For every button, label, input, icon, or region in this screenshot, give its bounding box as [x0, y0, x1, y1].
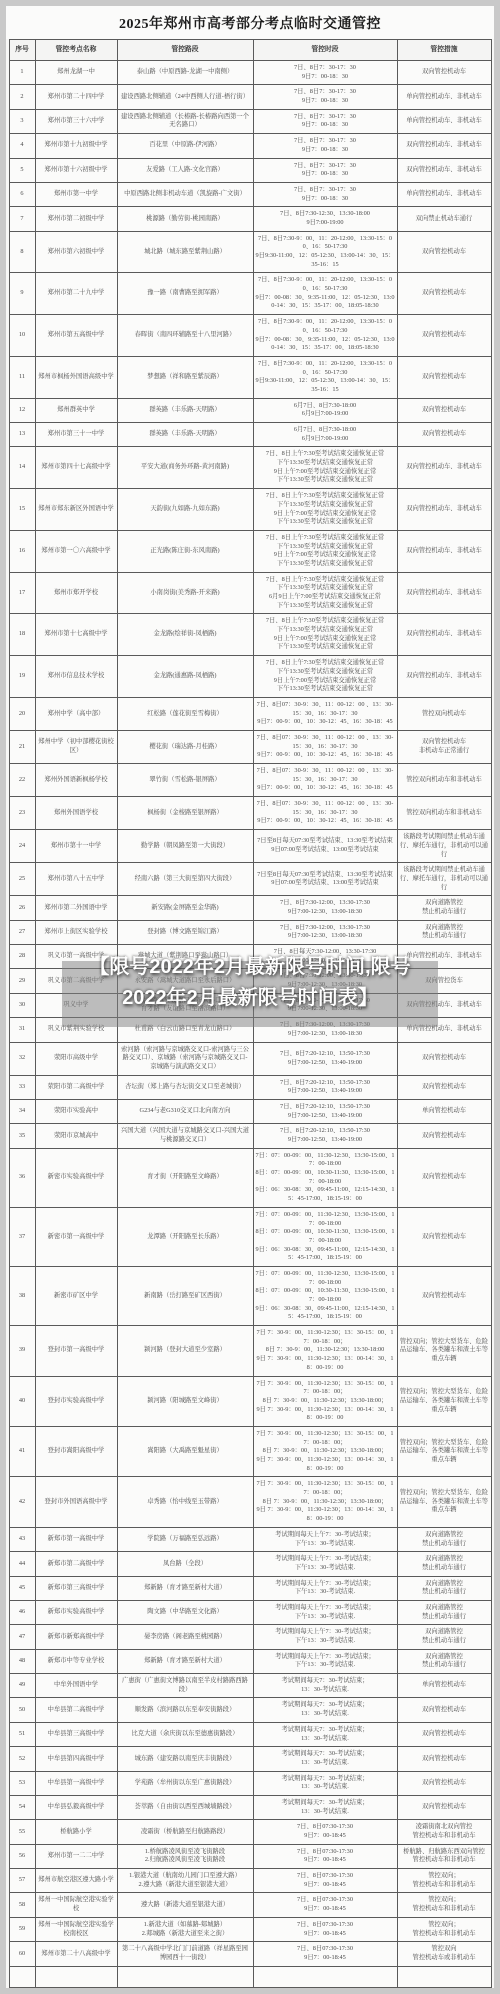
cell-road: 新南路（岳打路至矿区西街） [117, 1266, 253, 1325]
cell-measure: 管控双向； 管控机动车和非机动车 [397, 1869, 491, 1893]
cell-school: 郑州市郑开学校 [35, 572, 117, 614]
cell-index: 47 [9, 1625, 35, 1649]
table-row: 6郑州市第一中学中原西路北侧非机动车道（凯旋路-广文街）7日、8日7：30-17… [9, 182, 491, 206]
cell-time: 考试期间每天上午7：30-考试结束； 下午13：30-考试结束. [253, 1600, 397, 1624]
cell-time: 7日、8日07:30-17:30 9日7：00-18:45 [253, 1917, 397, 1941]
cell-school: 新密市实验高级中学 [35, 1148, 117, 1207]
cell-time: 考试期间每天7：30-考试结束； 13：30-考试结束. [253, 1722, 397, 1746]
cell-road: G234与老G310交叉口北向南方向 [117, 1099, 253, 1123]
table-row: 22郑州外国语新枫杨学校翠竹街（雪松路-银屏路）7日、8日07：30-9：30、… [9, 764, 491, 797]
cell-school: 郑州市信息技术学校 [35, 656, 117, 698]
cell-time: 考试期间每天7：30-考试结束； 13：30-考试结束. [253, 1674, 397, 1698]
cell-time: 7日、8日7：30-17：30 9日7：00-18：30 [253, 109, 397, 133]
cell-school: 郑州市第一中学 [35, 182, 117, 206]
cell-school: 荥阳市京城高中 [35, 1124, 117, 1148]
cell-time: 考试期间每天7：30-考试结束； 13：30-考试结束. [253, 1771, 397, 1795]
cell-measure: 双向管控机动车、非机动车 [397, 572, 491, 614]
cell-measure: 单向管控机动车、非机动车 [397, 109, 491, 133]
cell-school: 郑州市第四十七高级中学 [35, 447, 117, 489]
table-row: 16郑州市第一〇六高级中学正光路(陈庄街-东风南路)7日、8日上午7:30至考试… [9, 530, 491, 572]
cell-road: 小南岗街(美秀路-开来路) [117, 572, 253, 614]
cell-index: 60 [9, 1942, 35, 1966]
table-row: 4郑州市第十九初级中学百花里（中原路-伊河路）7日、8日7：30-17：30 9… [9, 134, 491, 158]
cell-time: 7日、8日7:20-12:10、13:50-17:30 9日7:00-12:50… [253, 1124, 397, 1148]
table-row: 17郑州市郑开学校小南岗街(美秀路-开来路)7日、8日上午7:30至考试结束交通… [9, 572, 491, 614]
cell-road: 晏李房路（阁老路至桃园路） [117, 1625, 253, 1649]
cell-school: 新密市矿区中学 [35, 1266, 117, 1325]
table-row: 36新密市实验高级中学育才街（开阳路至文峰路）7日：07：00-09：00、11… [9, 1148, 491, 1207]
table-row: 33荥阳市第二高级中学杏坛街（郑上路与杏坛街交叉口至老城街）7日、8日7:20-… [9, 1075, 491, 1099]
cell-school: 郑州市第一〇六高级中学 [35, 530, 117, 572]
cell-road: 郑新路（育才路至新村大道） [117, 1649, 253, 1673]
cell-road: 广惠街（广惠街文博路以南至半皮村路路西路段） [117, 1674, 253, 1698]
table-row: 2郑州市第二十四中学建设西路北侧辅道（24中西侧人行道-梧行街）7日、8日7：3… [9, 85, 491, 109]
cell-road: 翠竹街（雪松路-银屏路） [117, 764, 253, 797]
cell-index: 26 [9, 896, 35, 920]
table-row: 50中牟县第二高级中学顺发路（滨河路以东至奉安街路段）考试期间每天7：30-考试… [9, 1698, 491, 1722]
cell-index: 13 [9, 423, 35, 447]
table-header-row: 序号 管控考点名称 管控路段 管控时段 管控措施 [9, 40, 491, 61]
cell-measure: 双向道路管控 禁止机动车通行 [397, 1576, 491, 1600]
cell-index: 52 [9, 1747, 35, 1771]
table-row: 21郑州中学（初中部樱花街校区）樱花街（瑞达路-月桂路）7日、8日07：30-9… [9, 730, 491, 763]
cell-index: 9 [9, 273, 35, 315]
cell-time: 7日、8日7:30-12:30、13:30-18:00 9日7:00-19:00 [253, 207, 397, 231]
cell-school: 郑州中学（初中部樱花街校区） [35, 730, 117, 763]
cell-time: 7日、8日7:30-12:00、13:30-17:30 9日7:00-12:30… [253, 896, 397, 920]
cell-time: 7日、8日7：30-17：30 9日7：00-18：30 [253, 61, 397, 85]
cell-measure: 双向管控机动车 [397, 1771, 491, 1795]
cell-measure: 单向管控机动车 [397, 1099, 491, 1123]
table-row: 20郑州中学（高中部）红松路（莲花街至雪梅街）7日、8日07：30-9：30、1… [9, 697, 491, 730]
cell-index: 45 [9, 1576, 35, 1600]
cell-measure: 双向管控机动车 [397, 356, 491, 398]
cell-index: 56 [9, 1844, 35, 1868]
table-row: 53中牟县第一高级中学学苑路（牟州街以东至广惠街路段）考试期间每天7：30-考试… [9, 1771, 491, 1795]
cell-measure: 双向管控机动车 [397, 423, 491, 447]
cell-time: 7日、8日上午7:30至考试结束交通恢复正常 下午13:30至考试结束交通恢复正… [253, 572, 397, 614]
cell-school: 郑州市第十一中学 [35, 830, 117, 863]
cell-school: 郑州市第十六初级中学 [35, 158, 117, 182]
cell-index: 55 [9, 1820, 35, 1844]
cell-measure: 凌霜街南北双向管控 管控机动车和非机动车 [397, 1820, 491, 1844]
cell-road: 泰山路（中原西路-龙湖一中南侧） [117, 61, 253, 85]
cell-index: 33 [9, 1075, 35, 1099]
cell-measure: 双向管控机动车 [397, 1266, 491, 1325]
cell-road: 建设西路北侧辅道（长椿路-长椿路向西第一个无名路口） [117, 109, 253, 133]
cell-index: 14 [9, 447, 35, 489]
cell-road: 枫杨街（金梭路至银屏路） [117, 797, 253, 830]
cell-school: 荥阳市高级中学 [35, 1042, 117, 1075]
column-header-school: 管控考点名称 [35, 40, 117, 61]
cell-index: 53 [9, 1771, 35, 1795]
table-row: 40登封市实验高级中学颍河路（阳城路至文峰街）7日 7：30-9：00、11:3… [9, 1376, 491, 1426]
table-row: 12郑州群英中学群英路（丰乐路-天明路）6月7日、8日7:30-18:00 6月… [9, 398, 491, 422]
cell-road: 平安大道(商务外环路-黄河南路) [117, 447, 253, 489]
cell-index: 11 [9, 356, 35, 398]
cell-school: 新郑市第三高级中学 [35, 1576, 117, 1600]
cell-measure: 双向管控机动车、非机动车 [397, 656, 491, 698]
cell-index: 8 [9, 231, 35, 273]
cell-school: 中牟县第一高级中学 [35, 1771, 117, 1795]
cell-road: 学院路（万福路至弘远路） [117, 1527, 253, 1551]
cell-school: 中牟县弘毅高级中学 [35, 1795, 117, 1819]
cell-measure: 双向道路管控 禁止机动车通行 [397, 920, 491, 944]
cell-time: 考试期间每天7：30-考试结束； 13：30-考试结束. [253, 1747, 397, 1771]
column-header-road: 管控路段 [117, 40, 253, 61]
cell-index: 43 [9, 1527, 35, 1551]
table-row: 54中牟县弘毅高级中学荟萃路（自由街以西至西城墙路段）考试期间每天7：30-考试… [9, 1795, 491, 1819]
table-row: 7郑州市第二初级中学桃源路（勤劳街-桃园南路）7日、8日7:30-12:30、1… [9, 207, 491, 231]
cell-measure: 双向管控机动车、非机动车 [397, 489, 491, 531]
cell-time: 6月7日、8日7:30-18:00 6月9日7:00-19:00 [253, 423, 397, 447]
table-row: 3郑州市第三十六中学建设西路北侧辅道（长椿路-长椿路向西第一个无名路口）7日、8… [9, 109, 491, 133]
cell-measure: 双向管控机动车、非机动车 [397, 134, 491, 158]
cell-time: 7日 7：30-9：00、11:30-12:30；13：30-15：00、17：… [253, 1326, 397, 1376]
cell-road: 郑新路（育才路至新村大道） [117, 1576, 253, 1600]
cell-measure: 双向管控机动车 [397, 1698, 491, 1722]
table-row: 11郑州市枫杨外国语高级中学梦想路（祥和路至紫辰路）7日、8日7:30-9：00… [9, 356, 491, 398]
cell-road: 陶文路（中华路至文化路） [117, 1600, 253, 1624]
table-row: 42登封市外国语高级中学卓秀路（怡中线至玉带路）7日 7：30-9：00、11:… [9, 1477, 491, 1527]
cell-road: 经南六路（第三大街至第四大街段） [117, 863, 253, 896]
cell-measure: 双向管控机动车、非机动车 [397, 530, 491, 572]
table-row: 37新密市第一高级中学龙潭路（开阳路至长乐路）7日：07：00-09：00、11… [9, 1207, 491, 1266]
cell-time: 考试期间每天7：30-考试结束； 13：30-考试结束. [253, 1698, 397, 1722]
cell-time: 7日、8日7:20-12:10、13:50-17:30 9日7:00-12:50… [253, 1075, 397, 1099]
cell-road: 桃源路（勤劳街-桃园南路） [117, 207, 253, 231]
cell-time: 考试期间每天上午7：30-考试结束； 下午13：30-考试结束. [253, 1552, 397, 1576]
table-row: 1郑州龙湖一中泰山路（中原西路-龙湖一中南侧）7日、8日7：30-17：30 9… [9, 61, 491, 85]
cell-road: 城北路（城东路至紫荆山路） [117, 231, 253, 273]
table-row: 45新郑市第三高级中学郑新路（育才路至新村大道）考试期间每天上午7：30-考试结… [9, 1576, 491, 1600]
column-header-index: 序号 [9, 40, 35, 61]
cell-time: 7日、8日7：30-17：30 9日7：00-18：30 [253, 182, 397, 206]
cell-road: 百花里（中原路-伊河路） [117, 134, 253, 158]
cell-measure: 双向管控机动车、非机动车 [397, 158, 491, 182]
cell-time: 7日 7：30-9：00、11:30-12:30；13：30-15：00、17：… [253, 1376, 397, 1426]
cell-index: 25 [9, 863, 35, 896]
cell-measure: 管控双向机动车和非机动车 [397, 764, 491, 797]
cell-time: 7日至8日每天07:30至考试结束、13:30至考试结束 9日07:00至考试结… [253, 863, 397, 896]
cell-road: 索河路（索河路与京城路交叉口-索河路与三公路交叉口）、京城路（索河路与京城路交叉… [117, 1042, 253, 1075]
cell-road: 金龙路(通惠路-凤栖路) [117, 656, 253, 698]
cell-index: 39 [9, 1326, 35, 1376]
table-row: 9郑州市第二十九中学豫一路（南曹路至拥军路）7日、8日7:30-9：00、11：… [9, 273, 491, 315]
cell-measure: 双向管控机动车 [397, 1148, 491, 1207]
cell-road: 第二十八高级中学北门门前道路（祥星路至园博园西十一街段） [117, 1942, 253, 1966]
table-row: 57郑州市航空港区遵大路小学1.银港大道（航南幼儿园门口至遵大路） 2.遵大路（… [9, 1869, 491, 1893]
table-row: 24郑州市第十一中学勤学路（朝凤路至第一大街段）7日至8日每天07:30至考试结… [9, 830, 491, 863]
cell-measure: 双向管控机动车、非机动车 [397, 614, 491, 656]
cell-measure: 管控双向；管控大型货车、危险品运输车、各类罐车和渣土车等重点车辆 [397, 1326, 491, 1376]
cell-school: 郑州市第二十九中学 [35, 273, 117, 315]
cell-time: 7日、8日7:30-9：00、11：20-12:00、13:30-15：00、1… [253, 273, 397, 315]
cell-measure: 双向管控机动车 [397, 1207, 491, 1266]
cell-time: 7日、8日7:20-12:10、13:50-17:30 9日7:00-12:50… [253, 1042, 397, 1075]
cell-index: 7 [9, 207, 35, 231]
cell-school: 郑州市第十七高级中学 [35, 614, 117, 656]
cell-index: 12 [9, 398, 35, 422]
cell-time: 7日、8日7:20-12:10、13:50-17:30 9日7:00-12:50… [253, 1099, 397, 1123]
cell-road: 城东路（建安路以南至庆丰街路段） [117, 1747, 253, 1771]
cell-road: 中原西路北侧非机动车道（凯旋路-广文街） [117, 182, 253, 206]
cell-school: 新密市第一高级中学 [35, 1207, 117, 1266]
cell-school: 中牟县第四高级中学 [35, 1747, 117, 1771]
cell-road: 登封路（博文路至锦江路） [117, 920, 253, 944]
cell-school: 中牟县第三高级中学 [35, 1722, 117, 1746]
cell-index: 4 [9, 134, 35, 158]
cell-road: 群英路（丰乐路-天明路） [117, 398, 253, 422]
cell-road: 新安路(金屏路至金华路) [117, 896, 253, 920]
cell-time: 7日、8日07:30-17:30 9日7：00-18:45 [253, 1844, 397, 1868]
cell-time: 7日、8日7：30-17：30 9日7：00-18：30 [253, 158, 397, 182]
cell-index: 38 [9, 1266, 35, 1325]
cell-index: 24 [9, 830, 35, 863]
cell-time: 7日、8日7:30-9：00、11：20-12:00、13:30-15：00、1… [253, 231, 397, 273]
cell-index: 23 [9, 797, 35, 830]
cell-time: 7日、8日07:30-17:30 9日7：00-18:45 [253, 1869, 397, 1893]
cell-school: 新郑市第一高级中学 [35, 1527, 117, 1551]
cell-school: 郑州市第二外国语中学 [35, 896, 117, 920]
cell-measure: 双向管控机动车 [397, 315, 491, 357]
table-row: 34荥阳市实验高中G234与老G310交叉口北向南方向7日、8日7:20-12:… [9, 1099, 491, 1123]
cell-school: 荥阳市第二高级中学 [35, 1075, 117, 1099]
cell-time: 7日 7：30-9：00、11:30-12:30；13：30-15：00、17：… [253, 1477, 397, 1527]
cell-measure: 双向道路管控 禁止机动车通行 [397, 1552, 491, 1576]
table-row: 5郑州市第十六初级中学友爱路（工人路-文化宫路）7日、8日7：30-17：30 … [9, 158, 491, 182]
table-row: 18郑州市第十七高级中学金龙路(绘祥街-凤栖路)7日、8日上午7:30至考试结束… [9, 614, 491, 656]
cell-index: 18 [9, 614, 35, 656]
cell-time: 7日、8日07：30-9：30、11：00-12：00 、13：30-15：30… [253, 730, 397, 763]
cell-measure: 双向管控机动车 [397, 273, 491, 315]
table-row: 44新郑市第二高级中学凤台路（全段）考试期间每天上午7：30-考试结束； 下午1… [9, 1552, 491, 1576]
cell-index: 22 [9, 764, 35, 797]
partial-row [9, 1966, 491, 1987]
cell-school: 新郑市中等专业学校 [35, 1649, 117, 1673]
cell-road: 樱花街（瑞达路-月桂路） [117, 730, 253, 763]
cell-school: 郑州一中国际航空港实验学校 [35, 1893, 117, 1917]
cell-road: 杏坛街（郑上路与杏坛街交叉口至老城街） [117, 1075, 253, 1099]
cell-measure: 双向管控机动车 [397, 1075, 491, 1099]
table-row: 49中牟外国语中学广惠街（广惠街文博路以南至半皮村路路西路段）考试期间每天7：3… [9, 1674, 491, 1698]
cell-time: 7日、8日07：30-9：30、11：00-12：00 、13：30-15：30… [253, 697, 397, 730]
partial-cell [35, 1966, 117, 1987]
cell-index: 46 [9, 1600, 35, 1624]
cell-measure: 该路段考试期间禁止机动车通行、摩托车通行，非机动可以通行 [397, 863, 491, 896]
table-row: 25郑州市第八十五中学经南六路（第三大街至第四大街段）7日至8日每天07:30至… [9, 863, 491, 896]
page-title: 2025年郑州市高考部分考点临时交通管控 [6, 6, 494, 39]
cell-index: 42 [9, 1477, 35, 1527]
cell-index: 31 [9, 1018, 35, 1042]
cell-index: 58 [9, 1893, 35, 1917]
cell-time: 7日、8日7：30-17：30 9日7：00-18：30 [253, 85, 397, 109]
cell-road: 荟萃路（自由街以西至西城墙路段） [117, 1795, 253, 1819]
cell-measure: 双向管控机动车、非机动车 [397, 447, 491, 489]
cell-road: 顺发路（滨河路以东至奉安街路段） [117, 1698, 253, 1722]
cell-road: 颍河路（登封大道至少室路） [117, 1326, 253, 1376]
cell-measure: 双向管控机动车 [397, 398, 491, 422]
cell-index: 51 [9, 1722, 35, 1746]
table-row: 38新密市矿区中学新南路（岳打路至矿区西街）7日：07：00-09：00、11:… [9, 1266, 491, 1325]
cell-measure: 管控双向；管控大型货车、危险品运输车、各类罐车和渣土车等重点车辆 [397, 1376, 491, 1426]
cell-measure: 管控双向； 管控机动车和非机动车 [397, 1893, 491, 1917]
cell-road: 1.银港大道（航南幼儿园门口至遵大路） 2.遵大路（新港大道至银港大道） [117, 1869, 253, 1893]
table-row: 48新郑市中等专业学校郑新路（育才路至新村大道）考试期间每天上午7：30-考试结… [9, 1649, 491, 1673]
cell-road: 遵大路（新港大道至银港大道） [117, 1893, 253, 1917]
cell-school: 新郑市第二高级中学 [35, 1552, 117, 1576]
cell-school: 中牟县第二高级中学 [35, 1698, 117, 1722]
cell-road: 金龙路(绘祥街-凤栖路) [117, 614, 253, 656]
cell-school: 登封市嵩阳高级中学 [35, 1426, 117, 1476]
cell-time: 7日、8日上午7:30至考试结束交通恢复正常 下午13:30至考试结束交通恢复正… [253, 614, 397, 656]
cell-time: 7日、8日07:30-17:30 9日7：00-18:45 [253, 1820, 397, 1844]
cell-measure: 桥航路、归航路东西双向管控 管控机动车和非机动车 [397, 1844, 491, 1868]
cell-school: 登封市实验高级中学 [35, 1376, 117, 1426]
cell-school: 中牟外国语中学 [35, 1674, 117, 1698]
cell-index: 2 [9, 85, 35, 109]
table-row: 46新郑市实验高级中学陶文路（中华路至文化路）考试期间每天上午7：30-考试结束… [9, 1600, 491, 1624]
cell-index: 44 [9, 1552, 35, 1576]
cell-measure: 双向管控机动车 [397, 1124, 491, 1148]
partial-cell [253, 1966, 397, 1987]
cell-time: 7日、8日上午7:30至考试结束交通恢复正常 下午13:30至考试结束交通恢复正… [253, 656, 397, 698]
cell-measure: 该路段考试期间禁止机动车通行、摩托车通行，非机动可以通行 [397, 830, 491, 863]
cell-school: 郑州市第六初级中学 [35, 231, 117, 273]
cell-road: 豫一路（南曹路至拥军路） [117, 273, 253, 315]
cell-road: 群英路（丰乐路-天明路） [117, 423, 253, 447]
cell-school: 郑州市枫杨外国语高级中学 [35, 356, 117, 398]
partial-cell [117, 1966, 253, 1987]
cell-index: 1 [9, 61, 35, 85]
cell-measure: 双向管控机动车 [397, 1747, 491, 1771]
cell-road: 颍河路（阳城路至文峰街） [117, 1376, 253, 1426]
cell-school: 新郑市新郑高级中学 [35, 1625, 117, 1649]
table-row: 51中牟县第三高级中学比克大道（余庆街以东至德惠街路段）考试期间每天7：30-考… [9, 1722, 491, 1746]
cell-time: 考试期间每天7：30-考试结束； 13：30-考试结束. [253, 1795, 397, 1819]
cell-measure: 双向管控机动车 [397, 1795, 491, 1819]
cell-time: 6月7日、8日7:30-18:00 6月9日7:00-19:00 [253, 398, 397, 422]
cell-road: 勤学路（朝凤路至第一大街段） [117, 830, 253, 863]
cell-measure: 管控双向； 管控机动车和非机动车 [397, 1917, 491, 1941]
cell-index: 48 [9, 1649, 35, 1673]
cell-measure: 管控双向机动车 [397, 697, 491, 730]
cell-school: 荥阳市实验高中 [35, 1099, 117, 1123]
table-row: 56郑州市第一二二中学1.桥航路凌风街至凌飞街路段 2.归航路凌风街至凌飞街路段… [9, 1844, 491, 1868]
cell-school: 郑州市上街区实验学校 [35, 920, 117, 944]
cell-time: 7日、8日7:30-9：00、11：20-12:00、13:30-15：00、1… [253, 356, 397, 398]
table-row: 26郑州市第二外国语中学新安路(金屏路至金华路)7日、8日7:30-12:00、… [9, 896, 491, 920]
cell-school: 郑州市第一二二中学 [35, 1844, 117, 1868]
cell-time: 考试期间每天上午7：30-考试结束； 下午13：30-考试结束. [253, 1527, 397, 1551]
cell-road: 学苑路（牟州街以东至广惠街路段） [117, 1771, 253, 1795]
cell-road: 春晖街（南四环辅路至十八里河路） [117, 315, 253, 357]
cell-road: 红松路（莲花街至雪梅街） [117, 697, 253, 730]
cell-road: 嵩阳路（大禹路至魁星街） [117, 1426, 253, 1476]
cell-measure: 单向管控机动车、非机动车 [397, 182, 491, 206]
cell-school: 郑州市第三十一中学 [35, 423, 117, 447]
cell-road: 天韵街(九如路-九如东路) [117, 489, 253, 531]
cell-time: 考试期间每天上午7：30-考试结束； 下午13：30-考试结束. [253, 1576, 397, 1600]
cell-index: 16 [9, 530, 35, 572]
column-header-time: 管控时段 [253, 40, 397, 61]
cell-measure: 双向禁止机动车通行 [397, 207, 491, 231]
cell-school: 郑州市郑东新区外国语中学 [35, 489, 117, 531]
cell-school: 郑州市第十九初级中学 [35, 134, 117, 158]
cell-measure: 双向管控机动车 [397, 61, 491, 85]
cell-index: 40 [9, 1376, 35, 1426]
table-row: 58郑州一中国际航空港实验学校遵大路（新港大道至银港大道）7日、8日07:30-… [9, 1893, 491, 1917]
cell-school: 郑州群英中学 [35, 398, 117, 422]
cell-road: 龙潭路（开阳路至长乐路） [117, 1207, 253, 1266]
table-row: 39登封市第一高级中学颍河路（登封大道至少室路）7日 7：30-9：00、11:… [9, 1326, 491, 1376]
table-row: 59郑州一中国际航空港实验学校南校区1.新港大道（如慕路-郏城路） 2.郏城路（… [9, 1917, 491, 1941]
cell-index: 37 [9, 1207, 35, 1266]
cell-time: 7日、8日07：30-9：30、11：00-12：00 、13：30-15：30… [253, 797, 397, 830]
cell-road: 建设西路北侧辅道（24中西侧人行道-梧行街） [117, 85, 253, 109]
cell-time: 考试期间每天上午7：30-考试结束； 下午13：30-考试结束. [253, 1625, 397, 1649]
cell-school: 登封市外国语高级中学 [35, 1477, 117, 1527]
table-row: 35荥阳市京城高中兴国大道（兴国大道与京城路交叉口-兴国大道与桃源路交叉口）7日… [9, 1124, 491, 1148]
table-row: 32荥阳市高级中学索河路（索河路与京城路交叉口-索河路与三公路交叉口）、京城路（… [9, 1042, 491, 1075]
cell-road: 凌霜街（桥航路至归航路路段） [117, 1820, 253, 1844]
cell-school: 郑州外国语新枫杨学校 [35, 764, 117, 797]
cell-time: 考试期间每天上午7：30-考试结束； 下午13：30-考试结束. [253, 1649, 397, 1673]
column-header-measure: 管控措施 [397, 40, 491, 61]
cell-index: 6 [9, 182, 35, 206]
cell-index: 15 [9, 489, 35, 531]
cell-index: 34 [9, 1099, 35, 1123]
table-row: 14郑州市第四十七高级中学平安大道(商务外环路-黄河南路)7日、8日上午7:30… [9, 447, 491, 489]
cell-measure: 管控双向；管控大型货车、危险品运输车、各类罐车和渣土车等重点车辆 [397, 1477, 491, 1527]
cell-school: 郑州市第三十六中学 [35, 109, 117, 133]
cell-road: 正光路(陈庄街-东风南路) [117, 530, 253, 572]
cell-school: 郑州龙湖一中 [35, 61, 117, 85]
table-row: 52中牟县第四高级中学城东路（建安路以南至庆丰街路段）考试期间每天7：30-考试… [9, 1747, 491, 1771]
cell-time: 7日、8日07:30-17:30 9日7：00-18:45 [253, 1942, 397, 1966]
cell-time: 7日、8日7:30-9：00、11：20-12:00、13:30-15：00、1… [253, 315, 397, 357]
cell-time: 7日、8日上午7:30至考试结束交通恢复正常 下午13:30至考试结束交通恢复正… [253, 447, 397, 489]
cell-school: 郑州市航空港区遵大路小学 [35, 1869, 117, 1893]
cell-index: 10 [9, 315, 35, 357]
cell-school: 登封市第一高级中学 [35, 1326, 117, 1376]
cell-road: 友爱路（工人路-文化宫路） [117, 158, 253, 182]
table-row: 47新郑市新郑高级中学晏李房路（阁老路至桃园路）考试期间每天上午7：30-考试结… [9, 1625, 491, 1649]
cell-time: 7日、8日上午7:30至考试结束交通恢复正常 下午13:30至考试结束交通恢复正… [253, 530, 397, 572]
cell-index: 5 [9, 158, 35, 182]
cell-time: 7日、8日07：30-9：30、11：00-12：00 、13：30-15：30… [253, 764, 397, 797]
cell-index: 36 [9, 1148, 35, 1207]
table-row: 19郑州市信息技术学校金龙路(通惠路-凤栖路)7日、8日上午7:30至考试结束交… [9, 656, 491, 698]
cell-time: 7日、8日7：30-17：30 9日7：00-18：30 [253, 134, 397, 158]
cell-time: 7日：07：00-09：00、11:30-12:30、13:30-15:00、1… [253, 1207, 397, 1266]
cell-school: 郑州市第二十四中学 [35, 85, 117, 109]
cell-index: 49 [9, 1674, 35, 1698]
cell-time: 7日、8日7:30-12:00、13:30-17:30 9日7:00-12:30… [253, 920, 397, 944]
table-row: 8郑州市第六初级中学城北路（城东路至紫荆山路）7日、8日7:30-9：00、11… [9, 231, 491, 273]
cell-road: 育才街（开阳路至文峰路） [117, 1148, 253, 1207]
cell-index: 3 [9, 109, 35, 133]
partial-cell [9, 1966, 35, 1987]
cell-road: 1.新港大道（如慕路-郏城路） 2.郏城路（新港大道至来之街） [117, 1917, 253, 1941]
table-row: 41登封市嵩阳高级中学嵩阳路（大禹路至魁星街）7日 7：30-9：00、11:3… [9, 1426, 491, 1476]
table-row: 23郑州外国语学校枫杨街（金梭路至银屏路）7日、8日07：30-9：30、11：… [9, 797, 491, 830]
cell-school: 新郑市实验高级中学 [35, 1600, 117, 1624]
cell-road: 梦想路（祥和路至紫辰路） [117, 356, 253, 398]
cell-index: 21 [9, 730, 35, 763]
cell-measure: 双向管控机动车 [397, 1722, 491, 1746]
table-row: 27郑州市上街区实验学校登封路（博文路至锦江路）7日、8日7:30-12:00、… [9, 920, 491, 944]
